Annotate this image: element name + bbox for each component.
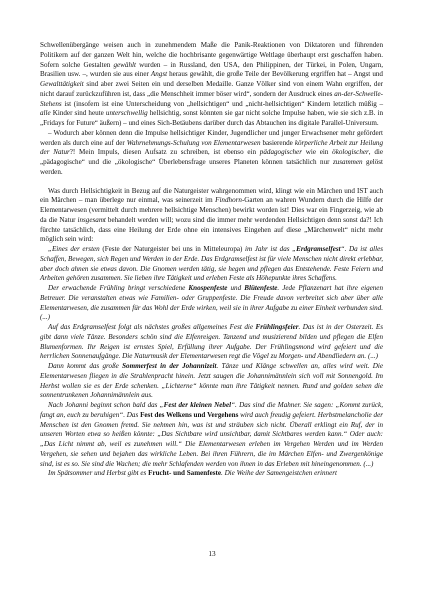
emphasis-text: Knospenfeste [188,284,227,292]
emphasis-text: Frucht- und Samenfeste [148,469,221,477]
text-run: basierende [261,139,295,147]
paragraph: – Wodurch aber können denn die Impulse h… [40,129,383,178]
emphasis-text: Dann kommt das große [48,362,122,370]
emphasis-text: „Eines der ersten [48,245,100,253]
emphasis-text: unterschwellig [106,109,148,117]
paragraph: Dann kommt das große Sommerfest in der J… [40,362,383,401]
emphasis-text: Fest der kleinen Nebel [164,401,231,409]
text-run: Kinder sind heute [51,109,106,117]
paragraph: Nach Johanni beginnt schon bald das „Fes… [40,401,383,469]
emphasis-text: Der erwachende Frühling bringt verschied… [48,284,188,292]
emphasis-text: wird auch freudig gefeiert. Herbstmelanc… [40,411,383,468]
page-number: 13 [0,549,424,558]
text-run: ?! Mein Impuls, diesen Aufsatz zu schrei… [70,148,260,156]
text-run: sind aber zwei Seiten ein und derselben … [40,80,383,98]
text-run: ist (insofern ist eine Unterscheidung vo… [62,100,383,108]
emphasis-text: Fest des Welkens und Vergehens [140,411,238,419]
emphasis-text: Erdgramselfest [296,245,341,253]
text-run: wie ein [302,148,332,156]
emphasis-text: insgesamt [78,216,106,224]
emphasis-text: zusammen [333,158,363,166]
paragraph: Schwellenübergänge weisen auch in zunehm… [40,41,383,129]
emphasis-text: Gewalttätigkeit [40,80,84,88]
emphasis-text: Angst [151,70,167,78]
emphasis-text: Auf das Erdgramselfest folgt als nächste… [48,323,256,331]
emphasis-text: Frühlingsfeier [256,323,299,331]
emphasis-text: gewählt [113,61,135,69]
document-body: Schwellenübergänge weisen auch in zunehm… [40,41,383,479]
paragraph: Auf das Erdgramselfest folgt als nächste… [40,323,383,362]
emphasis-text: Sommerfest in der Johannizeit [122,362,216,370]
emphasis-text: Im Spätsommer und Herbst gibt es [48,469,148,477]
paragraph: Der erwachende Frühling bringt verschied… [40,284,383,323]
emphasis-text: alle [40,109,51,117]
emphasis-text: im Jahr ist das „ [245,245,296,253]
emphasis-text: Findhorn [215,196,242,204]
paragraph: Im Spätsommer und Herbst gibt es Frucht-… [40,469,383,479]
emphasis-text: Nach Johanni beginnt schon bald das „ [48,401,164,409]
emphasis-text: ökologischer [332,148,369,156]
emphasis-text: Wahrnehmungs-Schulung von Elementarwesen [127,139,261,147]
emphasis-text: pädagogischer [260,148,302,156]
emphasis-text: . Die Weihe der Samengeistchen erinnert [221,469,337,477]
emphasis-text: und [227,284,244,292]
paragraph: Was durch Hellsichtigkeit in Bezug auf d… [40,187,383,246]
paragraph: „Eines der ersten (Feste der Naturgeiste… [40,245,383,284]
text-run: heraus gewählt, die große Teile der Bevö… [167,70,383,78]
emphasis-text: Blütenfeste [244,284,277,292]
text-run: (Feste der Naturgeister bei uns in Mitte… [100,245,245,253]
